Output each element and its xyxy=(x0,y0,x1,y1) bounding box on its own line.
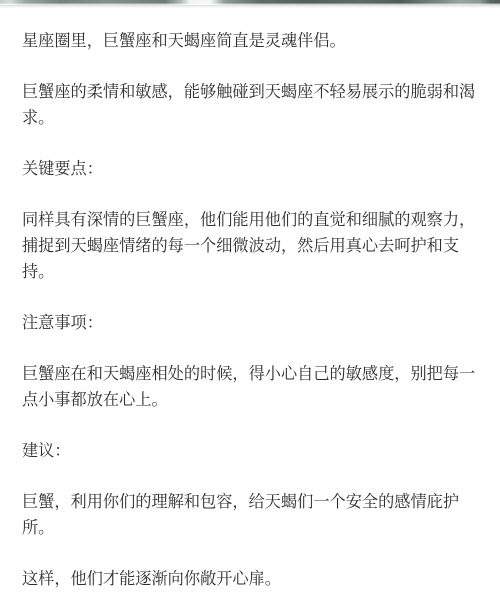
body-paragraph-soulmates-detail: 巨蟹座的柔情和敏感，能够触碰到天蝎座不轻易展示的脆弱和渴求。 xyxy=(22,79,478,131)
article-body: 星座圈里，巨蟹座和天蝎座简直是灵魂伴侣。 巨蟹座的柔情和敏感，能够触碰到天蝎座不… xyxy=(0,8,500,592)
article-screenshot: 星座圈里，巨蟹座和天蝎座简直是灵魂伴侣。 巨蟹座的柔情和敏感，能够触碰到天蝎座不… xyxy=(0,0,500,592)
intro-paragraph: 星座圈里，巨蟹座和天蝎座简直是灵魂伴侣。 xyxy=(22,28,478,54)
body-paragraph-advice: 巨蟹，利用你们的理解和包容，给天蝎们一个安全的感情庇护所。 xyxy=(22,489,478,541)
body-paragraph-notes: 巨蟹座在和天蝎座相处的时候，得小心自己的敏感度，别把每一点小事都放在心上。 xyxy=(22,361,478,413)
section-heading-key-points: 关键要点： xyxy=(22,156,478,182)
section-heading-advice: 建议： xyxy=(22,438,478,464)
section-heading-notes: 注意事项： xyxy=(22,310,478,336)
body-paragraph-key-points: 同样具有深情的巨蟹座，他们能用他们的直觉和细腻的观察力，捕捉到天蝎座情绪的每一个… xyxy=(22,207,478,285)
closing-paragraph: 这样，他们才能逐渐向你敞开心扉。 xyxy=(22,566,478,592)
